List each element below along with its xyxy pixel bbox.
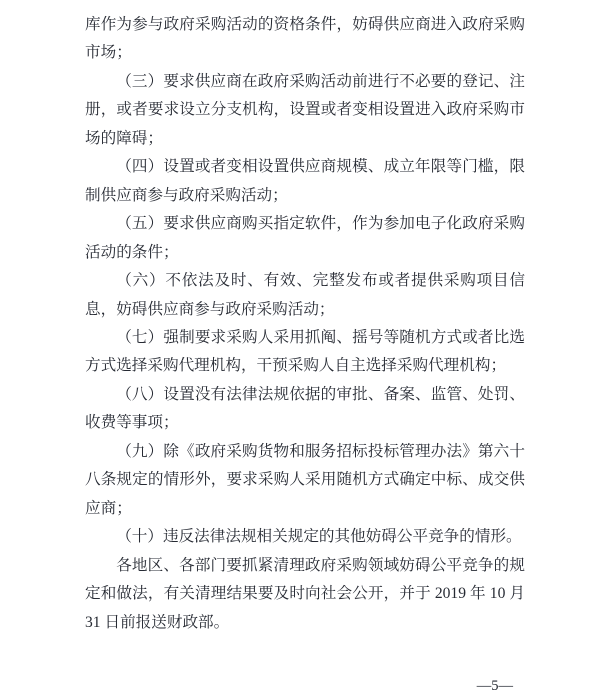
paragraph-clause-7: （七）强制要求采购人采用抓阄、摇号等随机方式或者比选方式选择采购代理机构，干预采…: [85, 324, 525, 381]
paragraph-clause-8: （八）设置没有法律法规依据的审批、备案、监管、处罚、收费等事项；: [85, 381, 525, 438]
paragraph-clause-4: （四）设置或者变相设置供应商规模、成立年限等门槛，限制供应商参与政府采购活动；: [85, 153, 525, 210]
paragraph-clause-9: （九）除《政府采购货物和服务招标投标管理办法》第六十八条规定的情形外，要求采购人…: [85, 438, 525, 523]
paragraph-clause-10: （十）违反法律法规相关规定的其他妨碍公平竞争的情形。: [85, 523, 525, 551]
document-page: 库作为参与政府采购活动的资格条件，妨碍供应商进入政府采购市场； （三）要求供应商…: [0, 0, 593, 697]
document-body: 库作为参与政府采购活动的资格条件，妨碍供应商进入政府采购市场； （三）要求供应商…: [85, 11, 525, 637]
page-number: —5—: [477, 679, 513, 694]
paragraph-continuation: 库作为参与政府采购活动的资格条件，妨碍供应商进入政府采购市场；: [85, 11, 525, 68]
paragraph-clause-5: （五）要求供应商购买指定软件，作为参加电子化政府采购活动的条件；: [85, 210, 525, 267]
paragraph-clause-3: （三）要求供应商在政府采购活动前进行不必要的登记、注册，或者要求设立分支机构，设…: [85, 68, 525, 153]
paragraph-closing: 各地区、各部门要抓紧清理政府采购领域妨碍公平竞争的规定和做法，有关清理结果要及时…: [85, 552, 525, 637]
paragraph-clause-6: （六）不依法及时、有效、完整发布或者提供采购项目信息，妨碍供应商参与政府采购活动…: [85, 267, 525, 324]
